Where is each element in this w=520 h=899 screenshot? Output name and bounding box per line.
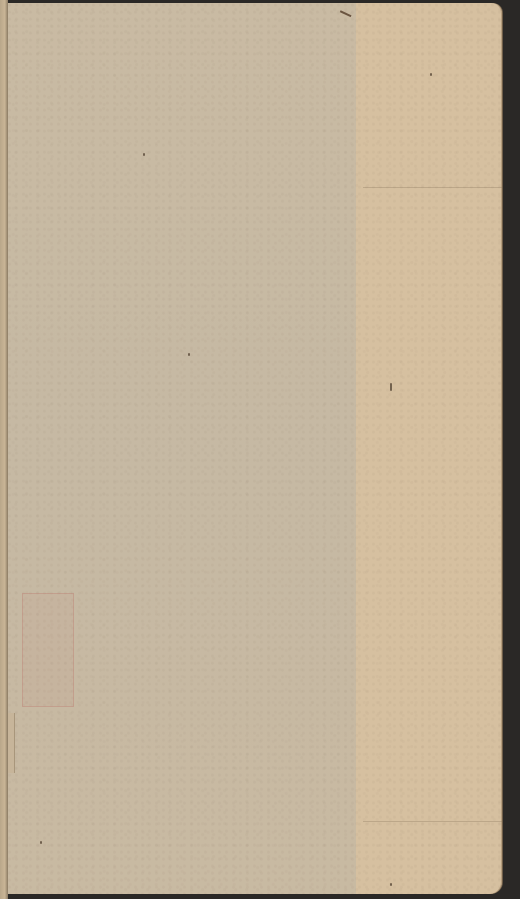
document-page: [8, 3, 502, 894]
paper-speck: [430, 73, 432, 76]
torn-edge-left: [8, 713, 15, 773]
scan-viewport: [0, 0, 520, 899]
paper-speck: [390, 883, 392, 886]
fold-line-bottom: [363, 821, 502, 822]
binding-edge: [0, 0, 8, 899]
paper-speck: [390, 383, 392, 391]
fold-line-top: [363, 187, 502, 188]
red-seal-stamp-faint: [22, 593, 74, 707]
paper-grain-texture: [8, 3, 502, 894]
paper-speck: [40, 841, 42, 844]
paper-speck: [143, 153, 145, 156]
paper-speck: [188, 353, 190, 356]
